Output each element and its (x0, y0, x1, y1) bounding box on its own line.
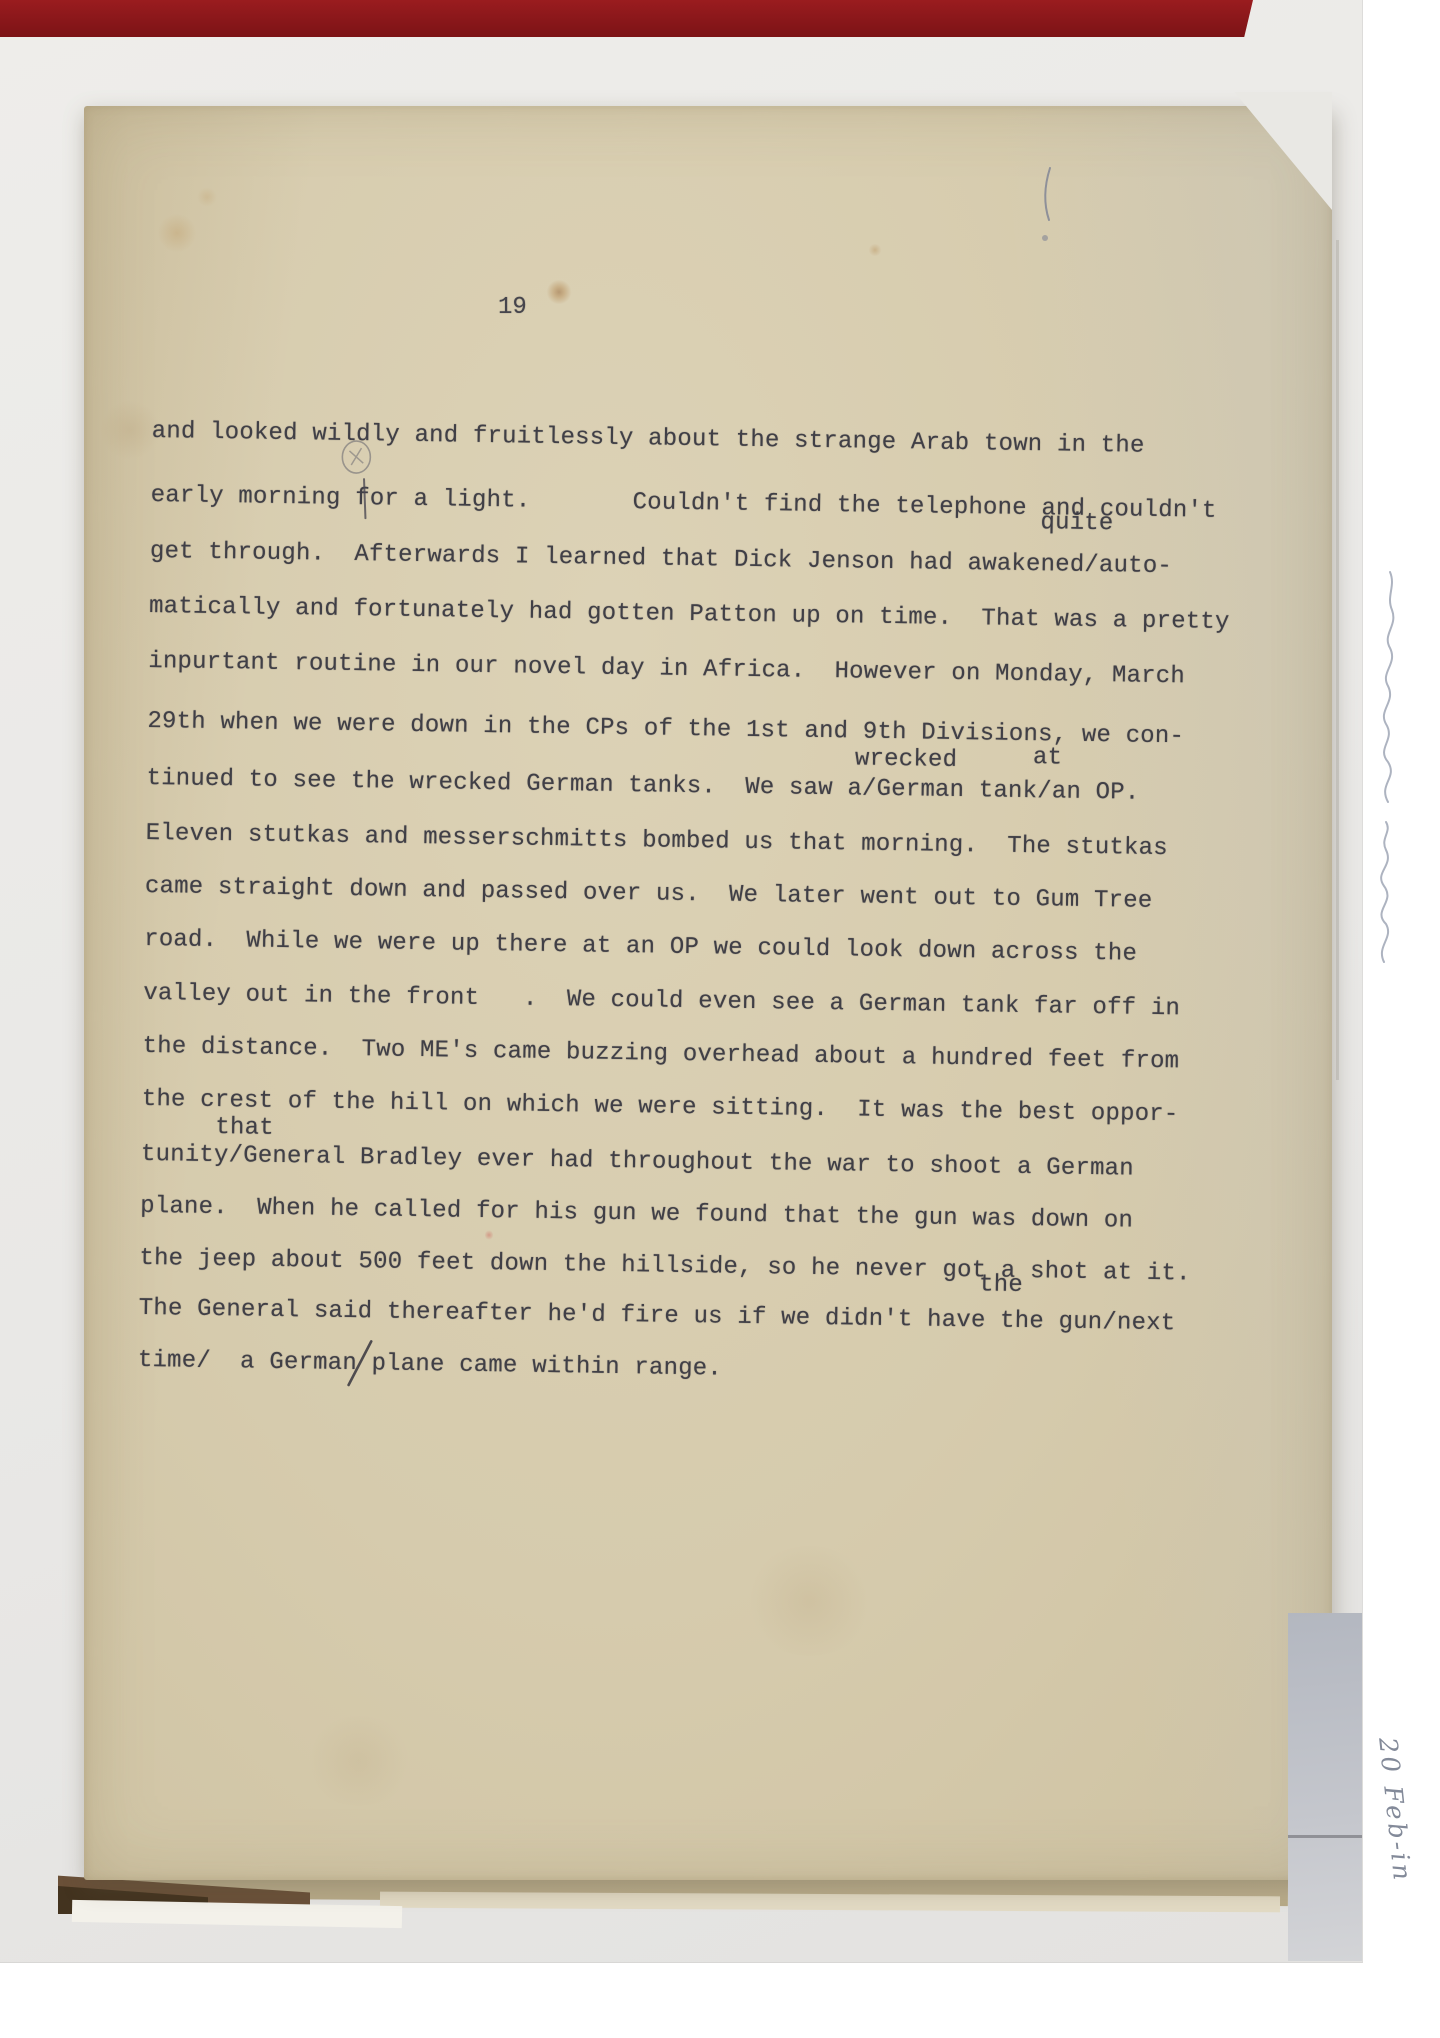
insertion-the: the (979, 1273, 1023, 1298)
pencil-tick-icon (1028, 156, 1072, 252)
page-number: 19 (498, 296, 527, 320)
typewritten-line: matically and fortunately had gotten Pat… (149, 595, 1230, 635)
typewritten-line: time/ a German plane came within range. (138, 1349, 722, 1382)
sheet-edge-line (1336, 240, 1339, 1080)
insertion-quite: quite (1040, 511, 1113, 536)
typewritten-line: Eleven stutkas and messerschmitts bombed… (146, 822, 1168, 861)
paper-stain (304, 1716, 414, 1806)
margin-date-note: 20 Feb-in (1373, 1736, 1417, 1884)
typewritten-line: plane. When he called for his gun we fou… (140, 1195, 1133, 1234)
document-paper: 19 and looked wildly and fruitlessly abo… (84, 106, 1332, 1880)
paper-stain (868, 244, 882, 256)
typewritten-line: and looked wildly and fruitlessly about … (152, 420, 1145, 459)
insertion-that: that (215, 1116, 274, 1141)
under-sheets (380, 1892, 1280, 1913)
insertion-at: at (1033, 746, 1063, 770)
paper-stain (744, 1546, 874, 1656)
typewritten-lines: and looked wildly and fruitlessly about … (151, 460, 1281, 477)
typewritten-text-block: and looked wildly and fruitlessly about … (137, 412, 1282, 1449)
typewritten-line: the jeep about 500 feet down the hillsid… (139, 1247, 1191, 1287)
paper-stain (157, 214, 197, 252)
insertion-wrecked: wrecked (855, 747, 958, 773)
typewritten-line: tinued to see the wrecked German tanks. … (146, 767, 1139, 806)
red-top-bar (0, 0, 1253, 37)
typewritten-line: came straight down and passed over us. W… (145, 875, 1153, 914)
backing-sheet (1288, 1613, 1362, 1961)
paper-stain (197, 187, 217, 207)
typewritten-line: 29th when we were down in the CPs of the… (147, 710, 1184, 749)
typewritten-line: the crest of the hill on which we were s… (142, 1088, 1179, 1127)
scanned-photo: 19 and looked wildly and fruitlessly abo… (0, 0, 1363, 1963)
pencil-circled-mark-x (349, 448, 363, 465)
typewritten-line: get through. Afterwards I learned that D… (150, 540, 1172, 579)
typewritten-line: The General said thereafter he'd fire us… (139, 1297, 1176, 1336)
margin-cursive-note (1350, 566, 1420, 976)
paper-stain (546, 280, 572, 304)
typewritten-line: road. While we were up there at an OP we… (144, 928, 1137, 967)
typewritten-line: the distance. Two ME's came buzzing over… (142, 1035, 1179, 1074)
typewritten-line: inpurtant routine in our novel day in Af… (148, 650, 1185, 689)
typewritten-line: valley out in the front . We could even … (143, 982, 1180, 1021)
under-sheet-white-sliver (72, 1900, 402, 1928)
typewritten-line: tunity/General Bradley ever had througho… (141, 1143, 1134, 1182)
